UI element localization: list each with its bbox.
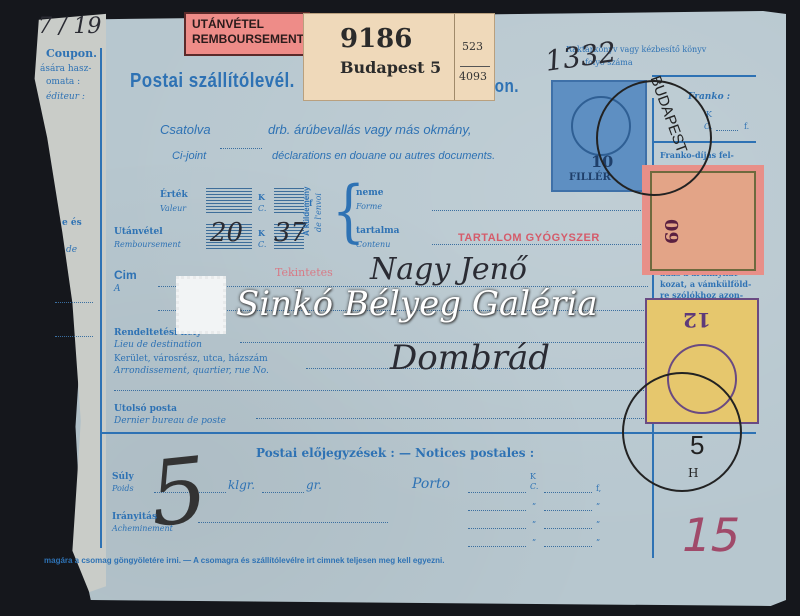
shipment-label-hu: A küldemény [302,187,311,237]
registration-fraction-bottom: 4093 [459,70,487,83]
stamp-value-60: 60 [662,219,683,244]
cod-amount-label-fr: Remboursement [114,240,181,249]
notices-heading: Postai előjegyzések : — Notices postales… [256,446,534,460]
value-c: C. [258,204,266,213]
kind-field[interactable] [432,210,647,211]
last-post-label-hu: Utolsó posta [114,404,177,414]
postage-k-field-2[interactable] [468,510,526,511]
content-field[interactable] [432,244,647,245]
postage-k-field-3[interactable] [468,528,526,529]
value-kronen-field[interactable] [206,188,252,214]
ditto-mark: ” [596,538,600,547]
stamp-value-12: 12 [683,308,711,332]
franko-f: f. [744,122,749,131]
page-title: Postai szállítólevél. [130,70,295,93]
salutation-stamp: Tekintetes [275,266,333,279]
cod-amount-label-hu: Utánvétel [114,227,163,237]
value-label-fr: Valeur [160,204,186,213]
postage-f-field-4[interactable] [544,546,592,547]
content-stamp: TARTALOM GYÓGYSZER [458,232,600,244]
last-post-label-fr: Dernier bureau de poste [114,416,226,426]
address-label-hu: Cim [114,268,137,282]
value-k: K [258,192,265,202]
cod-c: C. [258,240,266,249]
postage-f: f, [596,484,601,493]
postmark-2-letter: H [688,466,698,480]
weight-label-hu: Súly [112,472,134,482]
value-label-hu: Érték [160,190,188,200]
kind-label-hu: neme [356,188,384,198]
cod-label-line-2: REMBOURSEMENT [192,32,302,47]
content-label-fr: Contenu [356,240,390,249]
address-blank-line [114,390,648,391]
attached-label-fr: Ci-joint [172,150,206,162]
frame-left-line [100,48,102,548]
postage-c: C. [530,482,538,491]
right-panel-text-3: kozat, a vámkülföld- [660,279,751,289]
destination-label-fr: Lieu de destination [114,340,202,350]
value-filler-field[interactable] [274,188,304,214]
destination-handwritten: Dombrád [390,338,550,378]
handwritten-note-top-left: 7 / 19 [38,14,101,39]
stamp-unit: FILLÉR [569,172,611,183]
routing-label-hu: Irányitás [112,512,157,522]
last-post-field[interactable] [256,418,648,419]
ditto-mark: ” [532,502,536,511]
weight-label-fr: Poids [112,484,134,493]
coupon-mid-2: de [66,245,77,255]
postage-label: Porto [412,476,450,492]
registration-office: Budapest 5 [340,58,441,77]
gr-unit: gr. [306,478,322,492]
kg-unit: klgr. [228,478,255,492]
registration-number: 9186 [340,24,412,54]
kind-label-fr: Forme [356,202,382,211]
postmark-budapest-2: 5 H [622,372,742,492]
ditto-mark: ” [596,520,600,529]
postage-f-field-2[interactable] [544,510,592,511]
ditto-mark: ” [532,520,536,529]
coupon-line-3: éditeur : [46,92,85,102]
coupon-line-2: omata : [46,77,80,87]
postmark-budapest-1: BUDAPEST [596,80,712,196]
watermark-text: Sinkó Bélyeg Galéria [236,284,598,324]
routing-label-fr: Acheminement [112,524,173,533]
attached-text-fr: déclarations en douane ou autres documen… [272,150,495,162]
content-label-hu: tartalma [356,226,400,236]
fraction-bar [460,66,490,67]
attached-count-field[interactable] [220,148,262,149]
right-header-line [652,75,756,77]
cod-label-line-1: UTÁNVÉTEL [192,17,302,32]
district-label-fr: Arrondissement, quartier, rue No. [114,366,269,376]
franko-dotline [716,130,738,131]
routing-field[interactable] [198,522,388,523]
postage-k: K [530,472,536,481]
registration-fraction-top: 523 [462,40,483,53]
coupon-line-1: ására hasz- [40,64,91,74]
weight-gr-field[interactable] [262,492,304,493]
postage-f-field-1[interactable] [544,492,592,493]
postage-k-field-1[interactable] [468,492,526,493]
handwritten-total: 15 [676,508,746,562]
footer-note: magára a csomag göngyöletére irni. — A c… [44,556,444,565]
address-label-fr: A [114,284,121,294]
cod-label: UTÁNVÉTEL REMBOURSEMENT [184,12,310,56]
ditto-mark: ” [532,538,536,547]
attached-text-hu: drb. árúbevallás vagy más okmány, [268,122,472,137]
ditto-mark: ” [596,502,600,511]
coupon-mid-1: e és [62,218,82,228]
recipient-name: Nagy Jenő [370,252,527,287]
postage-k-field-4[interactable] [468,546,526,547]
attached-label-hu: Csatolva [160,122,211,137]
district-label-hu: Kerület, városrész, utca, házszám [114,354,268,364]
coupon-dotline [55,336,93,337]
registration-label: 9186 Budapest 5 523 4093 [303,13,495,101]
postage-f-field-3[interactable] [544,528,592,529]
cod-kronen-value: 20 [210,218,243,248]
shipment-label-fr: de l'envoi [314,193,323,232]
ticket-divider [454,14,455,100]
coupon-heading: Coupon. [46,47,97,60]
coupon-dotline [55,302,93,303]
postmark-2-number: 5 [690,430,704,461]
watermark-stamp-icon [176,276,226,334]
cod-k: K [258,228,265,238]
